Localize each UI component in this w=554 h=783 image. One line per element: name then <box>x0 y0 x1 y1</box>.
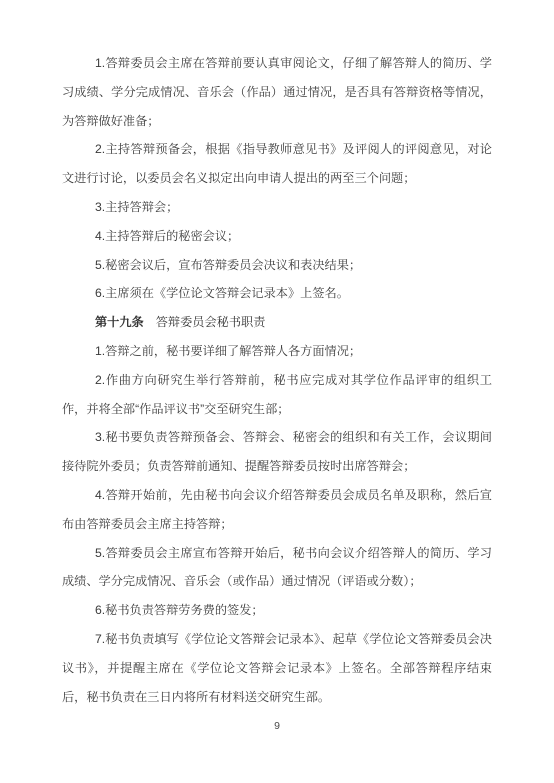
paragraph-secretary-duty: 4.答辩开始前，先由秘书向会议介绍答辩委员会成员名单及职称，然后宣布由答辩委员会… <box>62 481 492 539</box>
paragraph-secretary-duty: 5.答辩委员会主席宣布答辩开始后，秘书向会议介绍答辩人的简历、学习成绩、学分完成… <box>62 539 492 597</box>
paragraph-chairman-duty: 1.答辩委员会主席在答辩前要认真审阅论文，仔细了解答辩人的简历、学习成绩、学分完… <box>62 49 492 135</box>
document-page: 1.答辩委员会主席在答辩前要认真审阅论文，仔细了解答辩人的简历、学习成绩、学分完… <box>0 0 554 783</box>
paragraph-secretary-duty: 1.答辩之前，秘书要详细了解答辩人各方面情况； <box>62 337 492 366</box>
paragraph-secretary-duty: 2.作曲方向研究生举行答辩前，秘书应完成对其学位作品评审的组织工作，并将全部“作… <box>62 366 492 424</box>
paragraph-chairman-duty: 5.秘密会议后，宣布答辩委员会决议和表决结果； <box>62 251 492 280</box>
paragraph-chairman-duty: 6.主席须在《学位论文答辩会记录本》上签名。 <box>62 279 492 308</box>
article-title: 答辩委员会秘书职责 <box>156 315 266 329</box>
paragraph-chairman-duty: 3.主持答辩会； <box>62 193 492 222</box>
page-number: 9 <box>0 719 554 733</box>
paragraph-chairman-duty: 4.主持答辩后的秘密会议； <box>62 222 492 251</box>
paragraph-secretary-duty: 3.秘书要负责答辩预备会、答辩会、秘密会的组织和有关工作，会议期间接待院外委员；… <box>62 423 492 481</box>
paragraph-secretary-duty: 6.秘书负责答辩劳务费的签发； <box>62 596 492 625</box>
section-heading: 第十九条答辩委员会秘书职责 <box>62 308 492 337</box>
document-body: 1.答辩委员会主席在答辩前要认真审阅论文，仔细了解答辩人的简历、学习成绩、学分完… <box>62 49 492 711</box>
paragraph-chairman-duty: 2.主持答辩预备会，根据《指导教师意见书》及评阅人的评阅意见，对论文进行讨论，以… <box>62 135 492 193</box>
article-number: 第十九条 <box>95 315 144 329</box>
paragraph-secretary-duty: 7.秘书负责填写《学位论文答辩会记录本》、起草《学位论文答辩委员会决议书》，并提… <box>62 625 492 711</box>
